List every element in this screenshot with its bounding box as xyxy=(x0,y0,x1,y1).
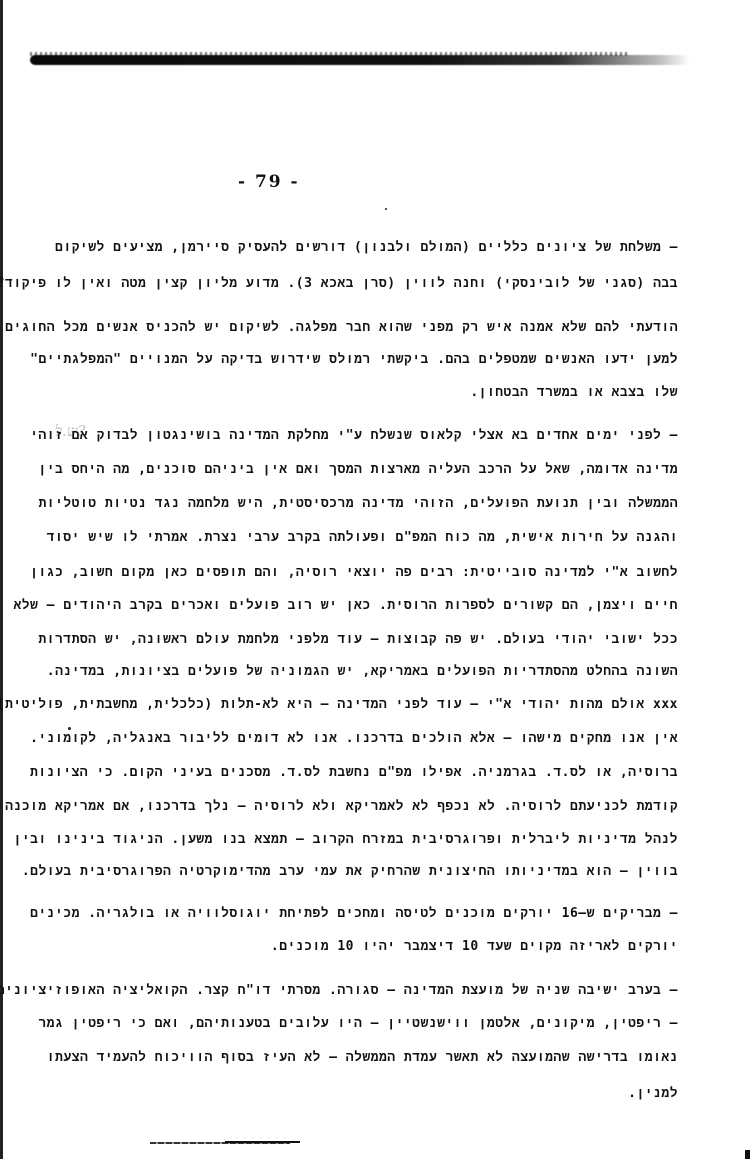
text-line: אין אנו מחקים מישהו – אלא הולכים בדרכנו.… xyxy=(30,731,678,746)
page-number: - 79 - xyxy=(238,172,300,192)
text-line: הממשלה ובין תנועת הפועלים, הזוהי מדינה מ… xyxy=(38,496,678,511)
text-line: לחשוב א"י למדינה סובייטית: רבים פה יוצאי… xyxy=(30,565,678,580)
text-line: בווין – הוא במדיניותו החיצונית שהרחיק את… xyxy=(22,864,678,879)
text-line: הודעתי להם שלא אמנה איש רק מפני שהוא חבר… xyxy=(0,320,678,335)
text-line: חיים ויצמן, הם קשורים לספרות הרוסית. כאן… xyxy=(13,598,678,613)
text-line: קודמת לכניעתם לרוסיה. לא נכפף לא לאמריקא… xyxy=(5,799,678,814)
text-line: xxx אולם מהות יהודי א"י – עוד לפני המדינ… xyxy=(0,697,678,712)
scan-speck xyxy=(385,208,387,210)
text-line: נאומו בדרישה שהמועצה לא תאשר עמדת הממשלה… xyxy=(47,1050,678,1065)
scan-speck xyxy=(68,727,71,730)
text-line: ברוסיה, או לס.ד. בגרמניה. אפילו מפ"ם נחש… xyxy=(30,765,678,780)
text-line: – לפני ימים אחדים בא אצלי קלאוס שנשלח ע"… xyxy=(30,428,678,443)
text-line: לנהל מדיניות ליברלית ופרוגרסיבית במזרח ה… xyxy=(14,832,678,847)
scan-top-smear xyxy=(30,55,690,65)
text-line: מדינה אדומה, שאל על הרכב העליה מארצות המ… xyxy=(38,462,678,477)
text-line: והגנה על חירות אישית, מה כוח המפ"ם ופעול… xyxy=(47,530,678,545)
text-line: יורקים לאריזה מקוים שעד 10 דיצמבר יהיו 1… xyxy=(271,939,678,954)
text-line: השונה בהחלט מהסתדריות הפועלים באמריקא, י… xyxy=(47,664,678,679)
text-line: – בערב ישיבה שניה של מועצת המדינה – סגור… xyxy=(0,983,678,998)
text-line: בבה (סגני של לובינסקי) וחנה לווין (סרן ב… xyxy=(0,276,678,291)
scan-bottom-smear xyxy=(225,1141,300,1143)
text-line: למען ידעו האנשים שמטפלים בהם. ביקשתי רמו… xyxy=(30,352,678,367)
scan-corner-mark xyxy=(745,1150,750,1159)
text-line: שלו בצבא או במשרד הבטחון. xyxy=(470,385,678,400)
text-line: – משלחת של ציונים כלליים (המולם ולבנון) … xyxy=(55,240,678,255)
text-line: ככל ישובי יהודי בעולם. יש פה קבוצות – עו… xyxy=(38,632,678,647)
text-line: – ריפטין, מיקונים, אלטמן ווישנשטיין – הי… xyxy=(38,1016,678,1031)
text-line: – מבריקים ש–16 יורקים מוכנים לטיסה ומחכי… xyxy=(30,906,678,921)
text-line: למנין. xyxy=(628,1086,678,1101)
